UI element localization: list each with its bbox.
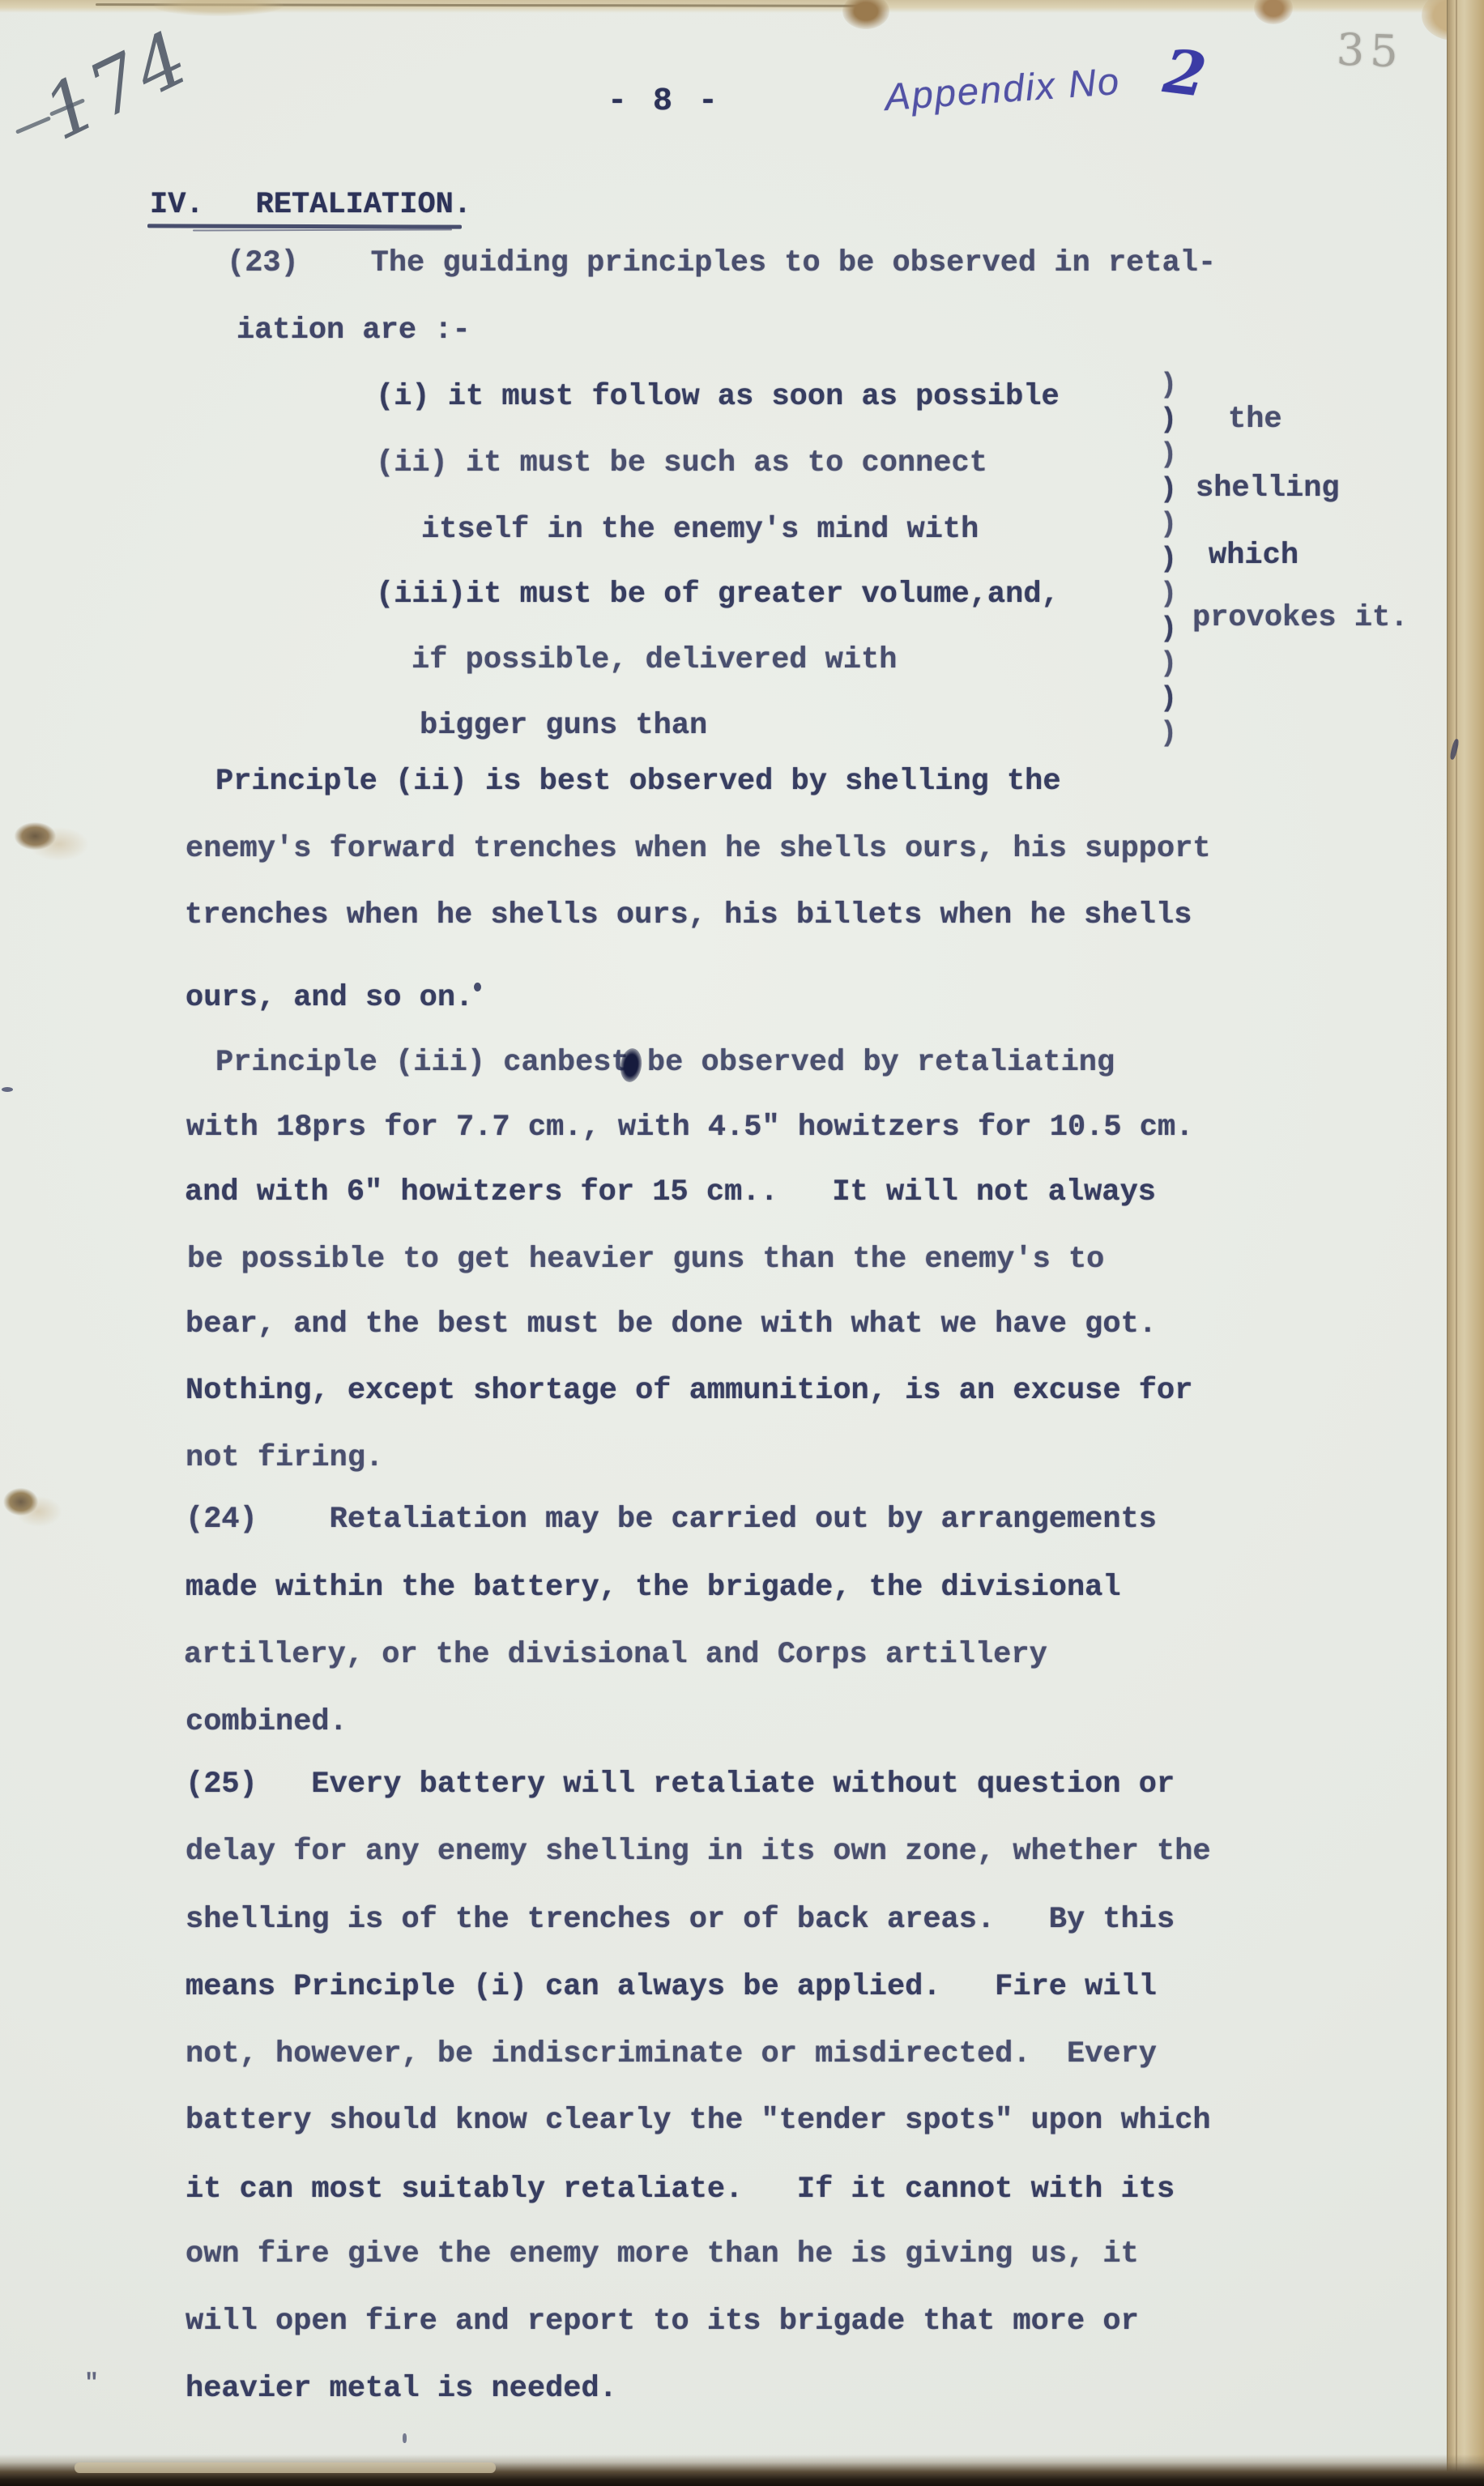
typed-text-layer: (23) The guiding principles to be observ… xyxy=(0,0,1484,2486)
brace-parenthesis: ) xyxy=(1160,543,1177,575)
typed-line: means Principle (i) can always be applie… xyxy=(185,1971,1157,2003)
typed-line: if possible, delivered with xyxy=(412,644,898,676)
brace-parenthesis: ) xyxy=(1160,508,1177,540)
margin-quote-mark: " xyxy=(84,2372,99,2396)
typed-line: will open fire and report to its brigade… xyxy=(185,2305,1139,2338)
typed-line: it can most suitably retaliate. If it ca… xyxy=(185,2173,1175,2206)
typed-line: own fire give the enemy more than he is … xyxy=(185,2238,1139,2271)
typed-line: be possible to get heavier guns than the… xyxy=(187,1243,1104,1276)
typed-line: (ii) it must be such as to connect xyxy=(376,447,987,480)
typed-line: bear, and the best must be done with wha… xyxy=(185,1308,1157,1341)
typed-line: (23) The guiding principles to be observ… xyxy=(227,247,1216,279)
typed-line: not, however, be indiscriminate or misdi… xyxy=(185,2038,1157,2070)
typed-line: bigger guns than xyxy=(420,710,707,742)
typed-line: shelling is of the trenches or of back a… xyxy=(185,1904,1175,1936)
typed-line: (i) it must follow as soon as possible xyxy=(376,381,1060,413)
typed-line: (iii)it must be of greater volume,and, xyxy=(376,578,1060,611)
typed-line: Principle (ii) is best observed by shell… xyxy=(215,765,1061,798)
typed-line: trenches when he shells ours, his billet… xyxy=(185,899,1192,932)
typed-line: ours, and so on. xyxy=(185,982,473,1014)
typed-line: delay for any enemy shelling in its own … xyxy=(185,1836,1211,1868)
typed-line: not firing. xyxy=(185,1442,383,1474)
typed-line: artillery, or the divisional and Corps a… xyxy=(184,1639,1047,1671)
typed-line: combined. xyxy=(185,1706,348,1738)
typed-line: Principle (iii) canbest be observed by r… xyxy=(215,1047,1115,1079)
typed-line: iation are :- xyxy=(237,314,471,347)
ink-speck xyxy=(2,1087,13,1092)
typed-line: provokes it. xyxy=(1192,602,1408,634)
typed-line: made within the battery, the brigade, th… xyxy=(185,1571,1121,1604)
typed-line: itself in the enemy's mind with xyxy=(421,514,979,546)
typed-line: (24) Retaliation may be carried out by a… xyxy=(185,1503,1157,1536)
brace-parenthesis: ) xyxy=(1160,578,1177,610)
brace-parenthesis: ) xyxy=(1160,473,1177,505)
brace-parenthesis: ) xyxy=(1160,717,1177,749)
typed-line: Nothing, except shortage of ammunition, … xyxy=(185,1375,1192,1407)
brace-parenthesis: ) xyxy=(1160,612,1177,645)
typed-line: and with 6" howitzers for 15 cm.. It wil… xyxy=(185,1176,1156,1209)
brace-parenthesis: ) xyxy=(1160,682,1177,714)
ink-speck xyxy=(474,983,481,991)
brace-parenthesis: ) xyxy=(1160,438,1177,471)
typed-line: (25) Every battery will retaliate withou… xyxy=(185,1768,1175,1801)
document-page: 174 - 8 - Appendix No 2 35 IV.RETALIATIO… xyxy=(0,0,1484,2486)
brace-parenthesis: ) xyxy=(1160,403,1177,436)
ink-speck xyxy=(403,2433,407,2443)
brace-parenthesis: ) xyxy=(1160,647,1177,680)
typed-line: battery should know clearly the "tender … xyxy=(185,2104,1211,2137)
typed-line: which xyxy=(1209,539,1298,572)
typed-line: the xyxy=(1228,403,1282,436)
brace-parenthesis: ) xyxy=(1160,369,1177,401)
typed-line: with 18prs for 7.7 cm., with 4.5" howitz… xyxy=(186,1111,1193,1144)
typed-line: heavier metal is needed. xyxy=(185,2373,617,2405)
typed-line: shelling xyxy=(1196,472,1340,505)
typed-line: enemy's forward trenches when he shells … xyxy=(185,833,1211,865)
